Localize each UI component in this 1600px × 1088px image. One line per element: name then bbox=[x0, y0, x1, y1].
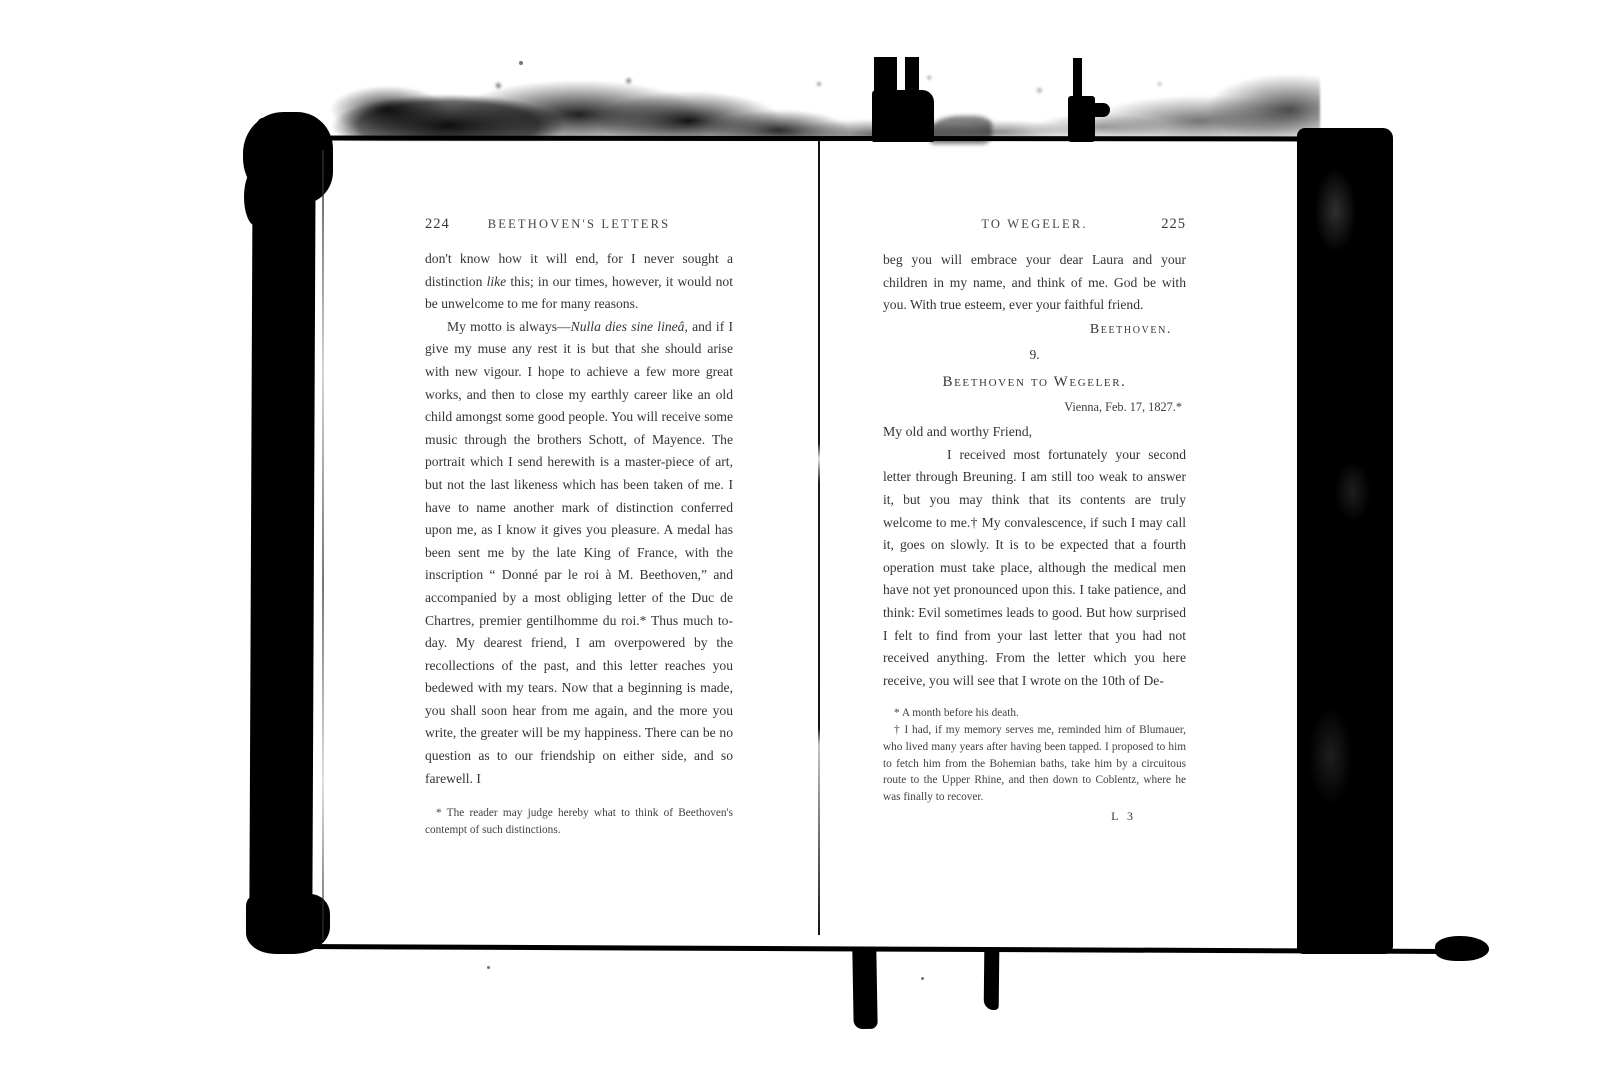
footnote-dagger: † I had, if my memory serves me, reminde… bbox=[883, 722, 1186, 806]
scan-ink-left-edge-bar bbox=[249, 118, 316, 952]
scan-ink-left-bulge bbox=[244, 168, 268, 226]
left-page-edge-line bbox=[322, 150, 324, 940]
book-gutter-line bbox=[818, 141, 820, 935]
right-page-body: beg you will embrace your dear Laura and… bbox=[883, 249, 1186, 692]
text-run: My motto is always— bbox=[447, 319, 571, 334]
letter-salutation: My old and worthy Friend, bbox=[883, 421, 1186, 444]
right-page: TO WEGELER. 225 beg you will embrace you… bbox=[883, 216, 1186, 824]
printer-signature-mark: L 3 bbox=[883, 809, 1186, 824]
letter-section-number: 9. bbox=[883, 344, 1186, 367]
book-scan-spread: 224 BEETHOVEN'S LETTERS don't know how i… bbox=[0, 0, 1600, 1088]
scan-ink-right-edge-bar bbox=[1297, 128, 1393, 954]
italic-text-run: like bbox=[487, 274, 507, 289]
scan-ink-bottom-tab-2 bbox=[984, 949, 1000, 1010]
italic-text-run: Nulla dies sine lineâ bbox=[571, 319, 685, 334]
left-page-header: 224 BEETHOVEN'S LETTERS bbox=[425, 216, 733, 234]
paragraph-continuation: beg you will embrace your dear Laura and… bbox=[883, 249, 1186, 317]
right-page-number: 225 bbox=[1161, 216, 1186, 233]
paragraph: My motto is always—Nulla dies sine lineâ… bbox=[425, 316, 733, 790]
paragraph: I received most fortunately your second … bbox=[883, 444, 1186, 693]
left-page: 224 BEETHOVEN'S LETTERS don't know how i… bbox=[425, 216, 733, 839]
scan-ink-bottom-tab-1 bbox=[852, 949, 877, 1029]
footnote-asterisk: * A month before his death. bbox=[883, 705, 1186, 722]
scan-ink-top-smudge-band bbox=[318, 60, 1320, 140]
scan-ink-top-mark-body bbox=[872, 90, 934, 142]
scan-speck bbox=[519, 61, 523, 65]
scan-ink-bottom-right-blob bbox=[1435, 936, 1489, 961]
left-running-title: BEETHOVEN'S LETTERS bbox=[425, 217, 733, 232]
right-running-title: TO WEGELER. bbox=[883, 217, 1186, 232]
left-page-footnote: * The reader may judge hereby what to th… bbox=[425, 805, 733, 839]
scan-speck bbox=[487, 966, 490, 969]
scan-speck bbox=[921, 977, 924, 980]
scan-page-top-edge-line bbox=[316, 136, 1326, 142]
letter-dateline: Vienna, Feb. 17, 1827.* bbox=[883, 396, 1186, 419]
letter-signature: Beethoven. bbox=[883, 319, 1186, 342]
scan-ink-top-mark-smear bbox=[930, 116, 992, 144]
letter-heading: Beethoven to Wegeler. bbox=[883, 371, 1186, 394]
text-run: , and if I give my muse any rest it is b… bbox=[425, 319, 733, 786]
scan-ink-top-mark2-flag bbox=[1090, 103, 1110, 117]
right-page-header: TO WEGELER. 225 bbox=[883, 216, 1186, 234]
left-page-body: don't know how it will end, for I never … bbox=[425, 248, 733, 790]
right-page-footnotes: * A month before his death. † I had, if … bbox=[883, 705, 1186, 806]
paragraph-continuation: don't know how it will end, for I never … bbox=[425, 248, 733, 316]
